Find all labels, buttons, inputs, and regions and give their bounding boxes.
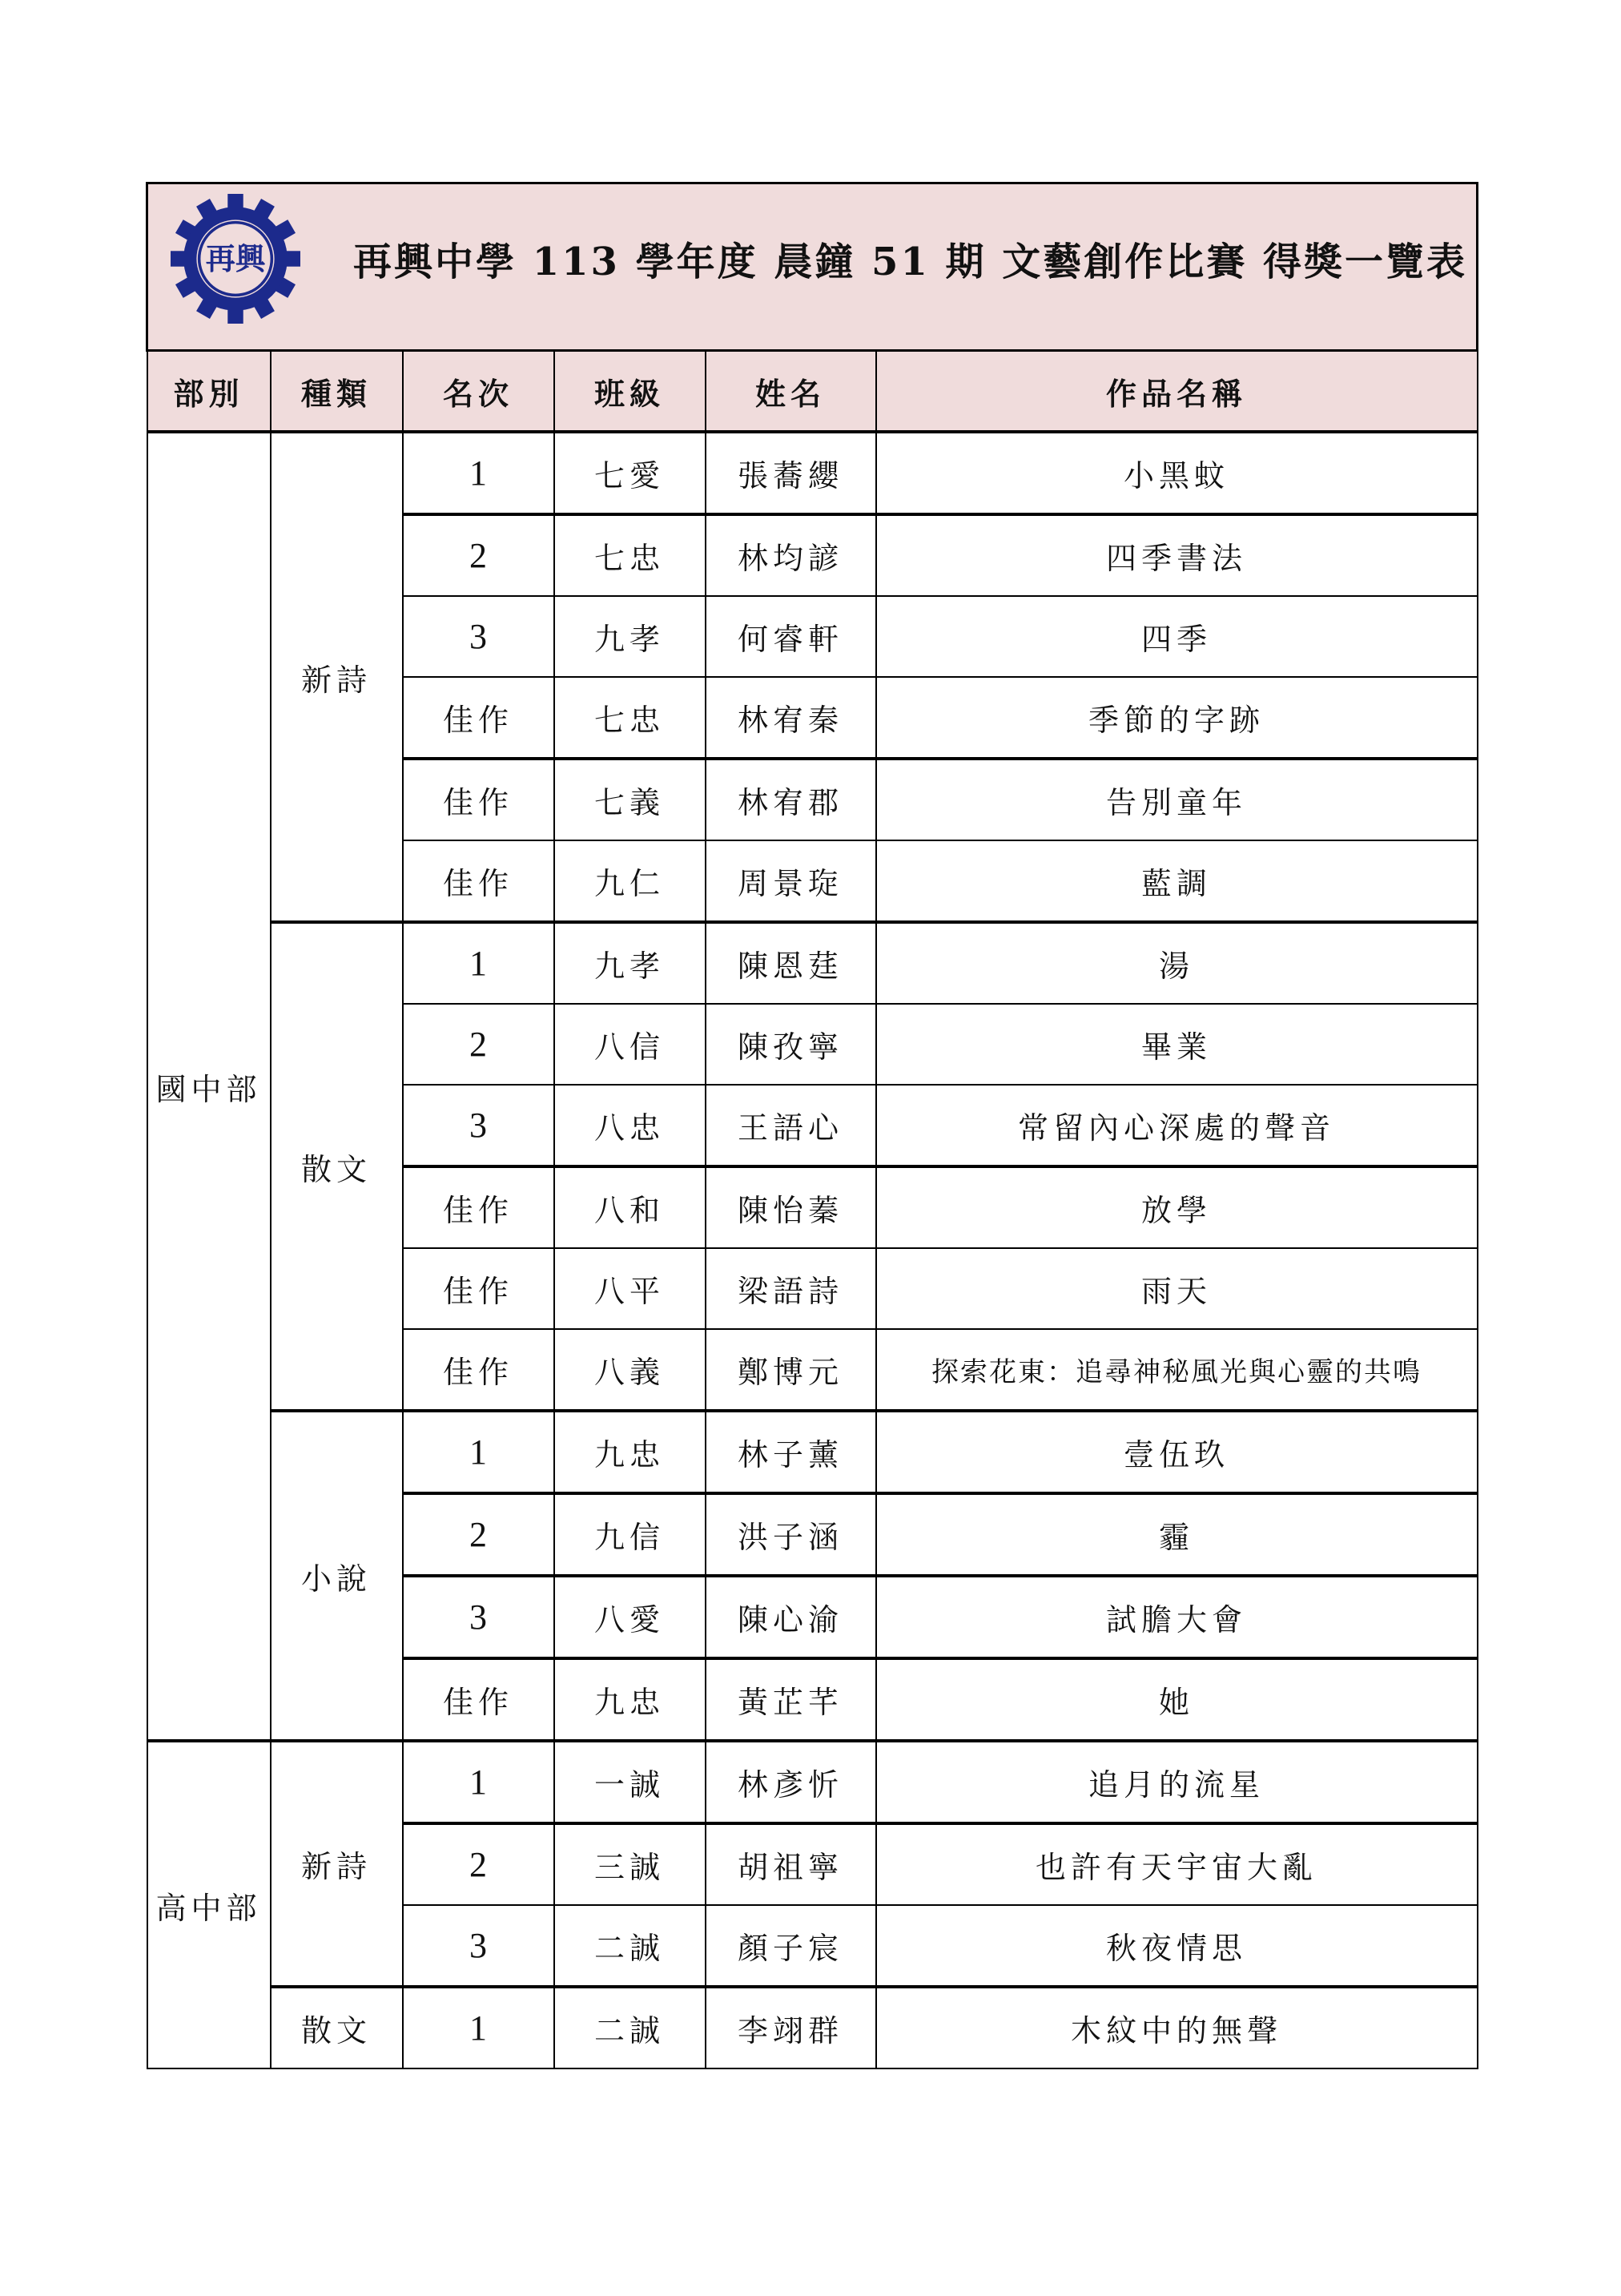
class-cell: 八愛 xyxy=(554,1576,706,1658)
class-cell: 九孝 xyxy=(554,596,706,677)
dept-cell: 國中部 xyxy=(147,432,271,1741)
class-cell: 三誠 xyxy=(554,1823,706,1905)
name-cell: 陳孜寧 xyxy=(706,1004,876,1085)
work-cell: 壹伍玖 xyxy=(876,1411,1478,1493)
rank-cell: 佳作 xyxy=(403,1329,554,1411)
rank-cell: 1 xyxy=(403,922,554,1004)
class-cell: 九孝 xyxy=(554,922,706,1004)
work-cell: 探索花東：追尋神秘風光與心靈的共鳴 xyxy=(876,1329,1478,1411)
category-cell: 散文 xyxy=(271,922,403,1411)
name-cell: 黃芷芊 xyxy=(706,1658,876,1741)
rank-cell: 1 xyxy=(403,1741,554,1823)
work-cell: 放學 xyxy=(876,1166,1478,1248)
awards-table: 再興 再興中學 113 學年度 晨鐘 51 期 文藝創作比賽 得獎一覽表 部別 … xyxy=(146,182,1478,2069)
work-cell: 追月的流星 xyxy=(876,1741,1478,1823)
class-cell: 七義 xyxy=(554,759,706,840)
rank-cell: 佳作 xyxy=(403,1166,554,1248)
name-cell: 林均諺 xyxy=(706,514,876,596)
column-header-category: 種類 xyxy=(271,351,403,433)
name-cell: 周景琁 xyxy=(706,840,876,922)
class-cell: 八義 xyxy=(554,1329,706,1411)
class-cell: 二誠 xyxy=(554,1905,706,1987)
column-header-dept: 部別 xyxy=(147,351,271,433)
class-cell: 一誠 xyxy=(554,1741,706,1823)
class-cell: 七忠 xyxy=(554,514,706,596)
category-cell: 小說 xyxy=(271,1411,403,1741)
work-cell: 小黑蚊 xyxy=(876,432,1478,514)
column-header-work: 作品名稱 xyxy=(876,351,1478,433)
class-cell: 八信 xyxy=(554,1004,706,1085)
category-cell: 新詩 xyxy=(271,432,403,922)
name-cell: 林宥郡 xyxy=(706,759,876,840)
svg-text:再興: 再興 xyxy=(206,241,267,276)
work-cell: 也許有天宇宙大亂 xyxy=(876,1823,1478,1905)
work-cell: 試膽大會 xyxy=(876,1576,1478,1658)
work-cell: 雨天 xyxy=(876,1248,1478,1329)
rank-cell: 2 xyxy=(403,1823,554,1905)
rank-cell: 3 xyxy=(403,1576,554,1658)
rank-cell: 佳作 xyxy=(403,1248,554,1329)
name-cell: 張蕎纓 xyxy=(706,432,876,514)
class-cell: 二誠 xyxy=(554,1987,706,2068)
column-header-class: 班級 xyxy=(554,351,706,433)
rank-cell: 佳作 xyxy=(403,1658,554,1741)
dept-cell: 高中部 xyxy=(147,1741,271,2068)
class-cell: 八平 xyxy=(554,1248,706,1329)
name-cell: 何睿軒 xyxy=(706,596,876,677)
name-cell: 王語心 xyxy=(706,1085,876,1166)
rank-cell: 1 xyxy=(403,1987,554,2068)
rank-cell: 1 xyxy=(403,432,554,514)
page-title: 再興中學 113 學年度 晨鐘 51 期 文藝創作比賽 得獎一覽表 xyxy=(353,231,1467,286)
category-cell: 散文 xyxy=(271,1987,403,2068)
work-cell: 霾 xyxy=(876,1493,1478,1576)
work-cell: 四季書法 xyxy=(876,514,1478,596)
table-row: 小說 1 九忠 林子薰 壹伍玖 xyxy=(147,1411,1478,1493)
name-cell: 顏子宸 xyxy=(706,1905,876,1987)
class-cell: 八和 xyxy=(554,1166,706,1248)
column-header-name: 姓名 xyxy=(706,351,876,433)
work-cell: 秋夜情思 xyxy=(876,1905,1478,1987)
table-row: 高中部 新詩 1 一誠 林彥忻 追月的流星 xyxy=(147,1741,1478,1823)
name-cell: 陳怡蓁 xyxy=(706,1166,876,1248)
rank-cell: 3 xyxy=(403,596,554,677)
work-cell: 畢業 xyxy=(876,1004,1478,1085)
name-cell: 胡祖寧 xyxy=(706,1823,876,1905)
title-row: 再興 再興中學 113 學年度 晨鐘 51 期 文藝創作比賽 得獎一覽表 xyxy=(147,183,1478,351)
class-cell: 九忠 xyxy=(554,1658,706,1741)
class-cell: 七忠 xyxy=(554,677,706,759)
class-cell: 九仁 xyxy=(554,840,706,922)
class-cell: 九信 xyxy=(554,1493,706,1576)
work-cell: 告別童年 xyxy=(876,759,1478,840)
name-cell: 林彥忻 xyxy=(706,1741,876,1823)
title-cell: 再興 再興中學 113 學年度 晨鐘 51 期 文藝創作比賽 得獎一覽表 xyxy=(147,183,1478,351)
table-row: 國中部 新詩 1 七愛 張蕎纓 小黑蚊 xyxy=(147,432,1478,514)
name-cell: 陳恩莛 xyxy=(706,922,876,1004)
work-cell: 湯 xyxy=(876,922,1478,1004)
name-cell: 梁語詩 xyxy=(706,1248,876,1329)
class-cell: 九忠 xyxy=(554,1411,706,1493)
class-cell: 七愛 xyxy=(554,432,706,514)
class-cell: 八忠 xyxy=(554,1085,706,1166)
rank-cell: 3 xyxy=(403,1085,554,1166)
work-cell: 她 xyxy=(876,1658,1478,1741)
rank-cell: 2 xyxy=(403,1004,554,1085)
column-header-row: 部別 種類 名次 班級 姓名 作品名稱 xyxy=(147,351,1478,433)
work-cell: 常留內心深處的聲音 xyxy=(876,1085,1478,1166)
name-cell: 李翊群 xyxy=(706,1987,876,2068)
rank-cell: 佳作 xyxy=(403,840,554,922)
name-cell: 鄭博元 xyxy=(706,1329,876,1411)
work-cell: 四季 xyxy=(876,596,1478,677)
table-row: 散文 1 二誠 李翊群 木紋中的無聲 xyxy=(147,1987,1478,2068)
awards-document: 再興 再興中學 113 學年度 晨鐘 51 期 文藝創作比賽 得獎一覽表 部別 … xyxy=(146,182,1476,2069)
work-cell: 季節的字跡 xyxy=(876,677,1478,759)
work-cell: 木紋中的無聲 xyxy=(876,1987,1478,2068)
name-cell: 林宥秦 xyxy=(706,677,876,759)
table-row: 散文 1 九孝 陳恩莛 湯 xyxy=(147,922,1478,1004)
category-cell: 新詩 xyxy=(271,1741,403,1987)
column-header-rank: 名次 xyxy=(403,351,554,433)
name-cell: 洪子涵 xyxy=(706,1493,876,1576)
rank-cell: 佳作 xyxy=(403,677,554,759)
rank-cell: 2 xyxy=(403,1493,554,1576)
school-gear-emblem-icon: 再興 xyxy=(171,194,300,324)
rank-cell: 2 xyxy=(403,514,554,596)
rank-cell: 1 xyxy=(403,1411,554,1493)
name-cell: 陳心渝 xyxy=(706,1576,876,1658)
awards-body: 國中部 新詩 1 七愛 張蕎纓 小黑蚊 2 七忠 林均諺 四季書法 3 九孝 何… xyxy=(147,432,1478,2068)
work-cell: 藍調 xyxy=(876,840,1478,922)
rank-cell: 3 xyxy=(403,1905,554,1987)
rank-cell: 佳作 xyxy=(403,759,554,840)
name-cell: 林子薰 xyxy=(706,1411,876,1493)
